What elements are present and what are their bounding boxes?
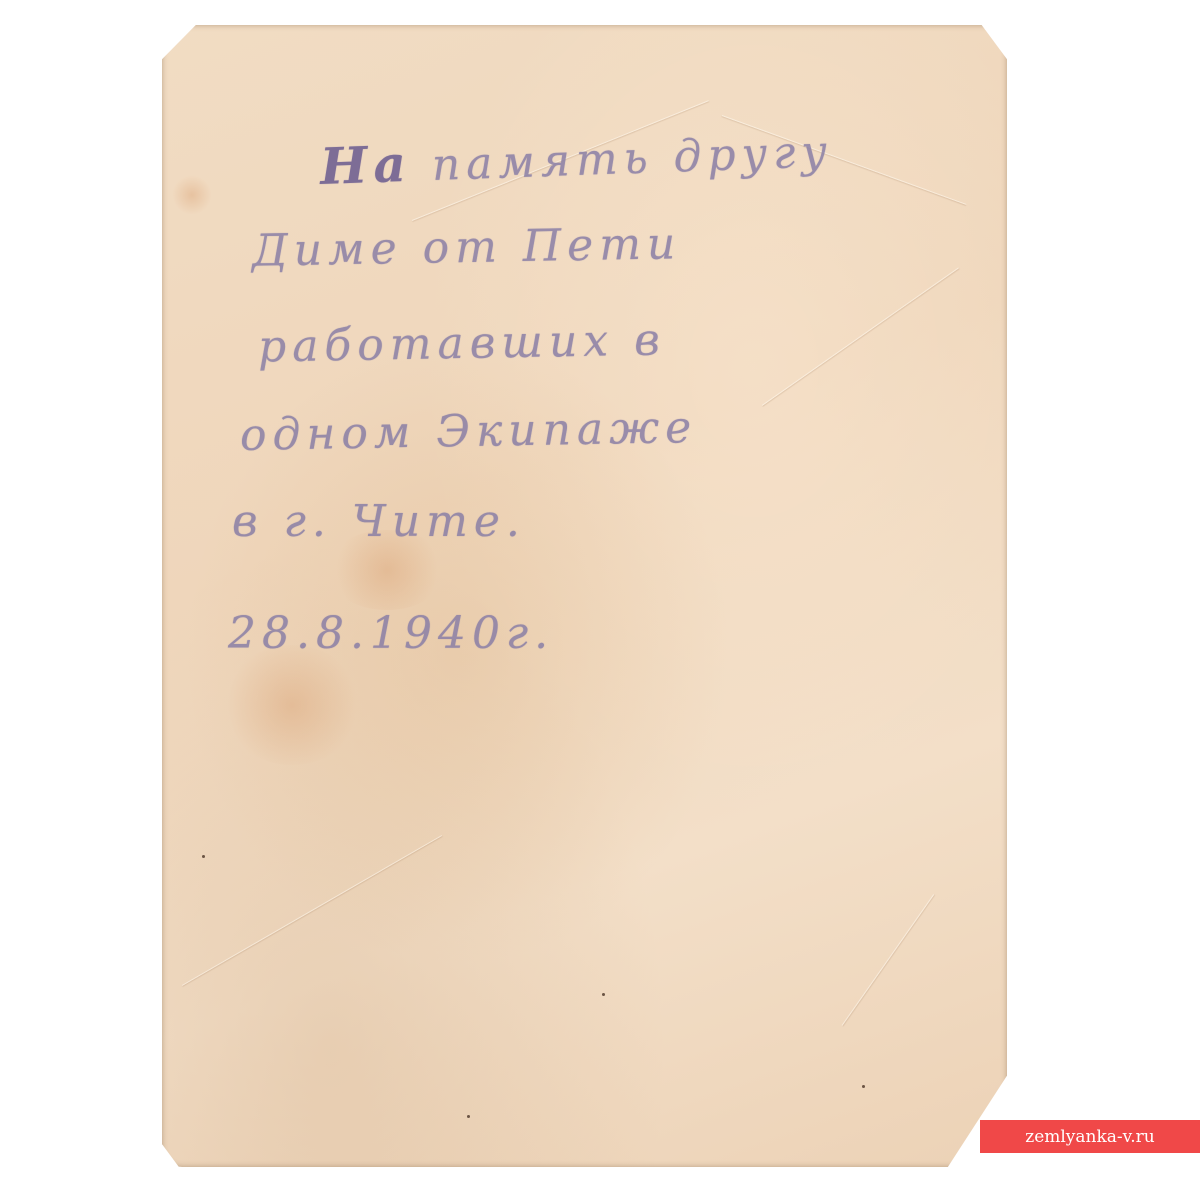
photo-back-card <box>162 25 1007 1167</box>
inscription-line-2: Диме от Пети <box>252 218 682 276</box>
paper-speck <box>202 855 205 858</box>
paper-speck <box>862 1085 865 1088</box>
site-watermark: zemlyanka-v.ru <box>980 1120 1200 1153</box>
paper-speck <box>467 1115 470 1118</box>
inscription-first-word: На <box>319 134 413 196</box>
paper-crease <box>762 267 959 405</box>
paper-crease <box>842 894 935 1026</box>
inscription-line-5: в г. Чите. <box>232 496 526 547</box>
inscription-line-4: одном Экипаже <box>240 402 698 461</box>
paper-stain <box>172 175 212 215</box>
inscription-line-3: работавших в <box>258 314 667 372</box>
paper-crease <box>182 835 442 986</box>
paper-speck <box>602 993 605 996</box>
inscription-date: 28.8.1940г. <box>228 608 554 659</box>
paper-stain <box>222 645 362 765</box>
